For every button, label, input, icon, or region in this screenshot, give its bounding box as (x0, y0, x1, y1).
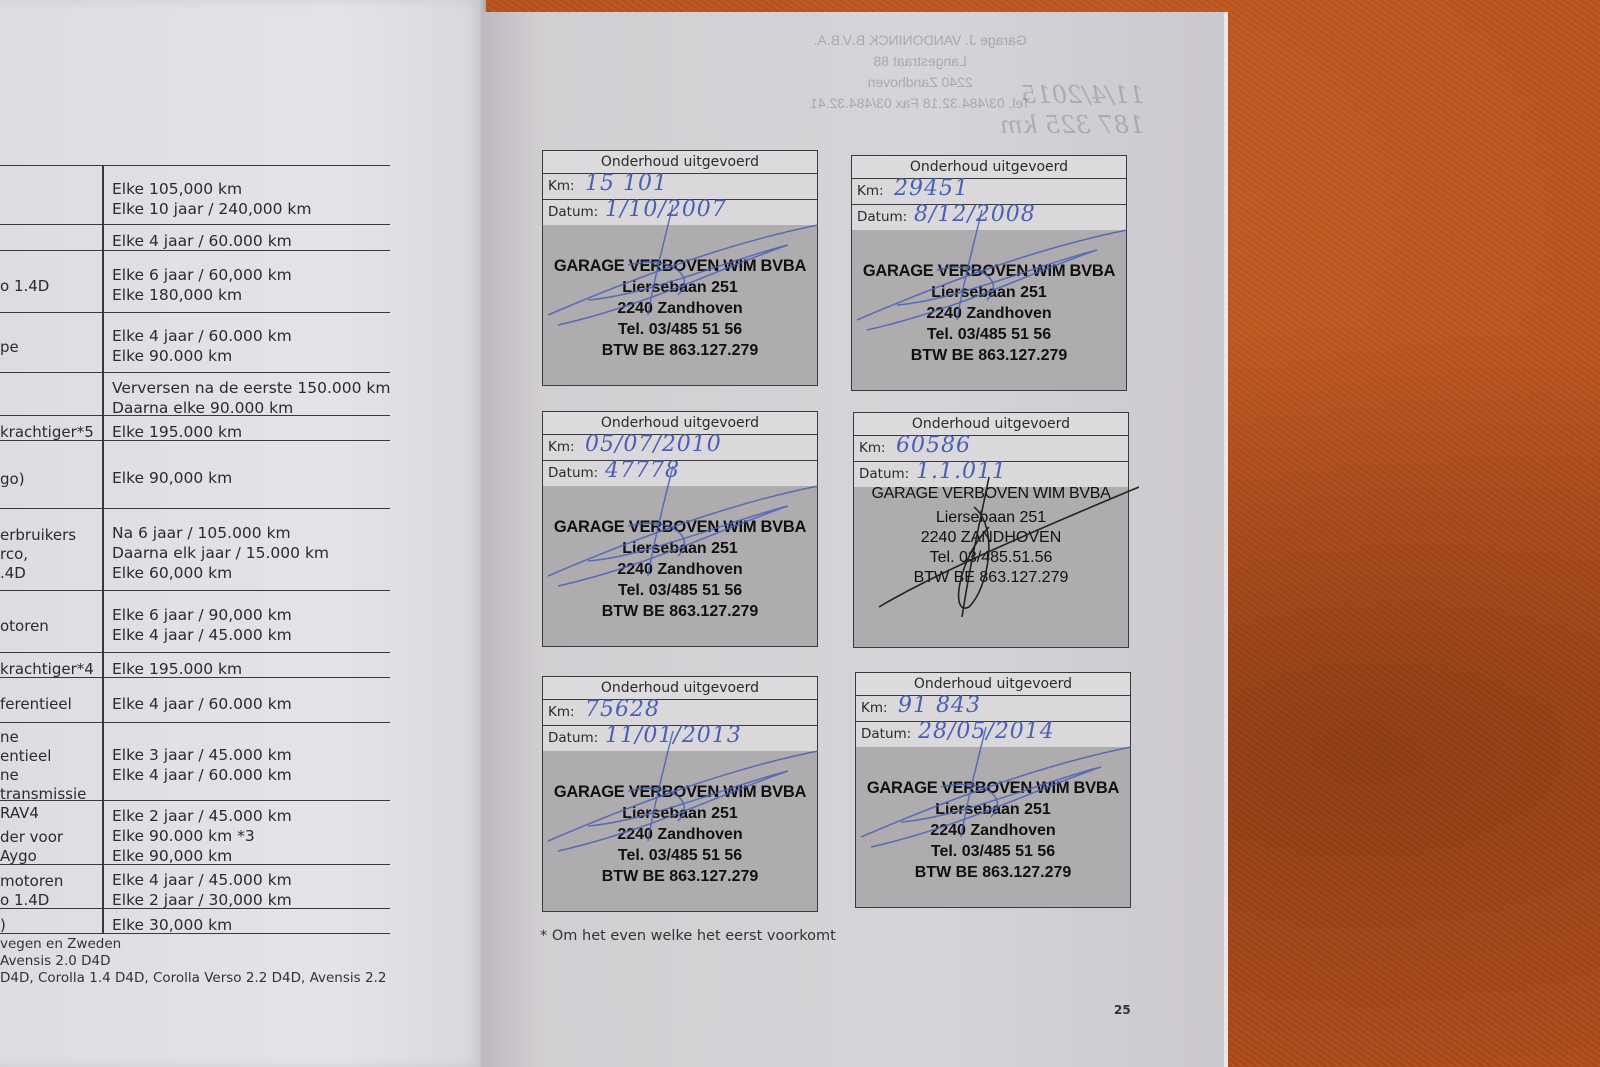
interval-value: Elke 4 jaar / 60.000 km (112, 694, 292, 714)
service-record-card: Onderhoud uitgevoerd Km: 91 843 Datum: 2… (855, 672, 1131, 908)
service-record-card: Onderhoud uitgevoerd Km: 05/07/2010 Datu… (542, 411, 818, 647)
km-label: Km: (857, 183, 884, 199)
date-handwritten-value: 28/05/2014 (918, 719, 1055, 744)
stamp-line: GARAGE VERBOVEN WIM BVBA (523, 518, 837, 537)
stamp-line: Tel. 03/485.51.56 (834, 549, 1148, 567)
table-row: Verversen na de eerste 150.000 kmDaarna … (0, 372, 390, 415)
table-row: neentieelne transmissieRAV4Elke 3 jaar /… (0, 722, 390, 800)
table-row: otorenElke 6 jaar / 90,000 kmElke 4 jaar… (0, 590, 390, 652)
interval-value: Elke 4 jaar / 45.000 kmElke 2 jaar / 30,… (112, 870, 292, 910)
date-field: Datum: 8/12/2008 (852, 205, 1126, 231)
table-row: Elke 105,000 kmElke 10 jaar / 240,000 km (0, 165, 390, 224)
garage-stamp: GARAGE VERBOVEN WIM BVBALiersebaan 25122… (854, 487, 1128, 647)
interval-value: Elke 2 jaar / 45.000 kmElke 90.000 km *3… (112, 806, 292, 866)
garage-stamp: GARAGE VERBOVEN WIM BVBALiersebaan 25122… (856, 747, 1130, 907)
table-row: ferentieelElke 4 jaar / 60.000 km (0, 677, 390, 722)
km-handwritten-value: 60586 (896, 433, 971, 458)
date-label: Datum: (857, 209, 907, 225)
stamp-line: GARAGE VERBOVEN WIM BVBA (523, 257, 837, 276)
date-handwritten-value: 1.1.011 (916, 459, 1007, 484)
stamp-line: GARAGE VERBOVEN WIM BVBA (834, 485, 1148, 503)
garage-stamp: GARAGE VERBOVEN WIM BVBALiersebaan 25122… (852, 230, 1126, 390)
date-label: Datum: (859, 466, 909, 482)
date-label: Datum: (548, 730, 598, 746)
garage-stamp: GARAGE VERBOVEN WIM BVBALiersebaan 25122… (543, 486, 817, 646)
date-handwritten-value: 8/12/2008 (914, 202, 1036, 227)
km-label: Km: (859, 440, 886, 456)
date-label: Datum: (861, 726, 911, 742)
component-label: der voor Aygo (0, 828, 100, 866)
stamp-line: BTW BE 863.127.279 (834, 569, 1148, 587)
stamp-line: Liersebaan 251 (523, 279, 837, 297)
footnote-line: D4D, Corolla 1.4 D4D, Corolla Verso 2.2 … (0, 970, 386, 986)
interval-value: Elke 90,000 km (112, 468, 232, 488)
date-label: Datum: (548, 204, 598, 220)
date-field: Datum: 1/10/2007 (543, 200, 817, 226)
stamp-line: Liersebaan 251 (523, 540, 837, 558)
bleed-through-handwriting: 11/4/2015 187 325 km (1000, 80, 1144, 140)
table-row: motoreno 1.4DElke 4 jaar / 45.000 kmElke… (0, 864, 390, 908)
component-label: otoren (0, 617, 100, 636)
garage-stamp: GARAGE VERBOVEN WIM BVBALiersebaan 25122… (543, 225, 817, 385)
component-label: motoreno 1.4D (0, 872, 100, 910)
garage-stamp: GARAGE VERBOVEN WIM BVBALiersebaan 25122… (543, 751, 817, 911)
bleed-through-stamp: Garage J. VANDONINCK B.V.B.A. Langestraa… (810, 30, 1030, 114)
date-handwritten-value: 1/10/2007 (605, 197, 727, 222)
table-row: peElke 4 jaar / 60.000 kmElke 90.000 km (0, 312, 390, 372)
date-field: Datum: 11/01/2013 (543, 726, 817, 752)
date-field: Datum: 28/05/2014 (856, 722, 1130, 748)
table-row: krachtiger*5Elke 195.000 km (0, 415, 390, 440)
service-record-card: Onderhoud uitgevoerd Km: 75628 Datum: 11… (542, 676, 818, 912)
service-record-card: Onderhoud uitgevoerd Km: 60586 Datum: 1.… (853, 412, 1129, 648)
component-label: pe (0, 338, 100, 357)
date-field: Datum: 47778 (543, 461, 817, 487)
date-handwritten-value: 11/01/2013 (605, 723, 742, 748)
table-row: krachtiger*4Elke 195.000 km (0, 652, 390, 677)
km-label: Km: (548, 439, 575, 455)
page-number: 25 (1114, 1003, 1131, 1017)
component-label: o 1.4D (0, 277, 100, 296)
interval-value: Verversen na de eerste 150.000 kmDaarna … (112, 378, 390, 418)
service-record-card: Onderhoud uitgevoerd Km: 29451 Datum: 8/… (851, 155, 1127, 391)
km-handwritten-value: 15 101 (585, 171, 668, 196)
stamp-line: BTW BE 863.127.279 (523, 868, 837, 886)
stamp-line: BTW BE 863.127.279 (832, 347, 1146, 365)
component-label: go) (0, 470, 100, 489)
stamp-line: BTW BE 863.127.279 (523, 603, 837, 621)
interval-value: Elke 3 jaar / 45.000 kmElke 4 jaar / 60.… (112, 745, 292, 785)
interval-value: Elke 105,000 kmElke 10 jaar / 240,000 km (112, 179, 312, 219)
km-field: Km: 05/07/2010 (543, 435, 817, 461)
km-label: Km: (548, 178, 575, 194)
km-handwritten-value: 75628 (585, 697, 660, 722)
table-row: go)Elke 90,000 km (0, 440, 390, 508)
stamp-line: Tel. 03/485 51 56 (836, 843, 1150, 861)
stamp-line: 2240 Zandhoven (832, 305, 1146, 323)
stamp-line: BTW BE 863.127.279 (836, 864, 1150, 882)
interval-value: Elke 4 jaar / 60.000 km (112, 231, 292, 251)
interval-value: Elke 6 jaar / 90,000 kmElke 4 jaar / 45.… (112, 605, 292, 645)
table-row: der voor AygoElke 2 jaar / 45.000 kmElke… (0, 800, 390, 864)
date-handwritten-value: 47778 (605, 458, 680, 483)
stamp-line: 2240 Zandhoven (836, 822, 1150, 840)
table-row: )Elke 30,000 km (0, 908, 390, 933)
table-row: o 1.4DElke 6 jaar / 60,000 kmElke 180,00… (0, 250, 390, 312)
stamp-line: GARAGE VERBOVEN WIM BVBA (523, 783, 837, 802)
interval-value: Elke 6 jaar / 60,000 kmElke 180,000 km (112, 265, 292, 305)
component-label: erbruikersrco,.4D (0, 526, 100, 583)
stamp-line: GARAGE VERBOVEN WIM BVBA (836, 779, 1150, 798)
stamp-line: BTW BE 863.127.279 (523, 342, 837, 360)
table-row: Elke 4 jaar / 60.000 km (0, 224, 390, 250)
footnote-line: vegen en Zweden (0, 936, 121, 952)
km-handwritten-value: 29451 (894, 176, 969, 201)
footnote: * Om het even welke het eerst voorkomt (540, 928, 836, 944)
stamp-line: GARAGE VERBOVEN WIM BVBA (832, 262, 1146, 281)
km-label: Km: (548, 704, 575, 720)
km-handwritten-value: 05/07/2010 (585, 432, 722, 457)
stamp-line: Tel. 03/485 51 56 (523, 582, 837, 600)
stamp-line: Tel. 03/485 51 56 (832, 326, 1146, 344)
interval-value: Elke 4 jaar / 60.000 kmElke 90.000 km (112, 326, 292, 366)
component-label: ferentieel (0, 695, 100, 714)
interval-value: Na 6 jaar / 105.000 kmDaarna elk jaar / … (112, 523, 329, 583)
stamp-line: Tel. 03/485 51 56 (523, 847, 837, 865)
stamp-line: Liersebaan 251 (832, 284, 1146, 302)
footnote-line: Avensis 2.0 D4D (0, 953, 111, 969)
stamp-line: 2240 Zandhoven (523, 561, 837, 579)
stamp-line: Liersebaan 251 (834, 509, 1148, 527)
stamp-line: 2240 ZANDHOVEN (834, 529, 1148, 547)
table-row: erbruikersrco,.4DNa 6 jaar / 105.000 kmD… (0, 508, 390, 590)
interval-value: Elke 195.000 km (112, 422, 242, 442)
km-handwritten-value: 91 843 (898, 693, 981, 718)
left-page: Elke 105,000 kmElke 10 jaar / 240,000 km… (0, 0, 482, 1067)
km-label: Km: (861, 700, 888, 716)
stamp-line: 2240 Zandhoven (523, 300, 837, 318)
date-label: Datum: (548, 465, 598, 481)
service-record-card: Onderhoud uitgevoerd Km: 15 101 Datum: 1… (542, 150, 818, 386)
stamp-line: Liersebaan 251 (836, 801, 1150, 819)
interval-value: Elke 30,000 km (112, 915, 232, 935)
interval-value: Elke 195.000 km (112, 659, 242, 679)
stamp-line: Liersebaan 251 (523, 805, 837, 823)
stamp-line: Tel. 03/485 51 56 (523, 321, 837, 339)
stamp-line: 2240 Zandhoven (523, 826, 837, 844)
